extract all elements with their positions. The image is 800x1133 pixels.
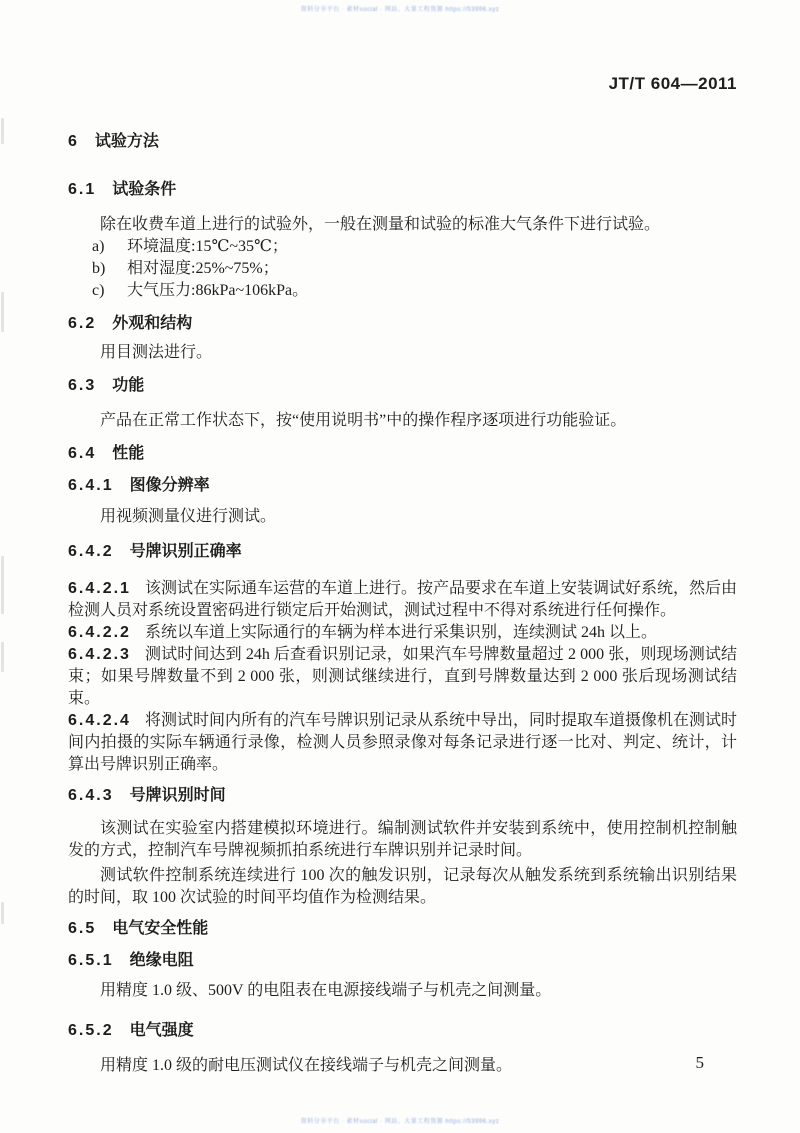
section-title: 图像分辨率 [130, 476, 210, 496]
paragraph-6-4-3-1: 该测试在实验室内搭建模拟环境进行。编制测试软件并安装到系统中，使用控制机控制触发… [68, 818, 737, 862]
clause-number: 6.4.2.3 [68, 646, 131, 663]
paragraph-6-4-3-2: 测试软件控制系统连续进行 100 次的触发识别，记录每次从触发系统到系统输出识别… [68, 865, 737, 909]
section-number: 6.4.2 [68, 542, 114, 562]
list-item-label: b) [92, 258, 114, 280]
page-number: 5 [696, 1053, 705, 1073]
clause-number: 6.4.2.1 [68, 580, 131, 597]
section-number: 6.3 [68, 376, 96, 396]
section-title: 外观和结构 [112, 314, 192, 334]
section-title: 试验方法 [95, 132, 159, 152]
section-title: 号牌识别正确率 [130, 542, 242, 562]
clause-text: 测试时间达到 24h 后查看识别记录，如果汽车号牌数量超过 2 000 张，则现… [68, 646, 737, 707]
section-number: 6.5.2 [68, 1021, 114, 1041]
list-item: a)环境温度:15℃~35℃； [68, 236, 737, 258]
standard-number-header: JT/T 604—2011 [68, 74, 737, 94]
section-heading-6-5-2: 6.5.2 电气强度 [68, 1021, 737, 1041]
clause-number: 6.4.2.2 [68, 624, 131, 641]
section-heading-6-2: 6.2 外观和结构 [68, 314, 737, 334]
clause-6-4-2-1: 6.4.2.1该测试在实际通车运营的车道上进行。按产品要求在车道上安装调试好系统… [68, 578, 737, 622]
list-item-text: 环境温度:15℃~35℃； [127, 238, 288, 255]
list-item-label: a) [92, 236, 114, 258]
section-heading-6-5-1: 6.5.1 绝缘电阻 [68, 951, 737, 971]
clause-text: 该测试在实际通车运营的车道上进行。按产品要求在车道上安装调试好系统，然后由检测人… [68, 580, 737, 619]
paragraph-6-1-intro: 除在收费车道上进行的试验外，一般在测量和试验的标准大气条件下进行试验。 [68, 214, 737, 236]
paragraph-6-2: 用目测法进行。 [68, 342, 737, 364]
section-title: 电气强度 [130, 1021, 194, 1041]
section-heading-6-5: 6.5 电气安全性能 [68, 919, 737, 939]
section-number: 6.4 [68, 444, 96, 464]
section-number: 6.4.1 [68, 476, 114, 496]
section-title: 试验条件 [112, 180, 176, 200]
paragraph-6-3: 产品在正常工作状态下，按“使用说明书”中的操作程序逐项进行功能验证。 [68, 410, 737, 432]
section-number: 6.1 [68, 180, 96, 200]
list-item-text: 相对湿度:25%~75%； [127, 260, 279, 277]
section-title: 电气安全性能 [112, 919, 208, 939]
page-content: JT/T 604—2011 6 试验方法 6.1 试验条件 除在收费车道上进行的… [0, 0, 800, 1077]
paragraph-6-5-2: 用精度 1.0 级的耐电压测试仪在接线端子与机壳之间测量。 [68, 1055, 737, 1077]
section-number: 6.5.1 [68, 951, 114, 971]
clause-text: 系统以车道上实际通行的车辆为样本进行采集识别，连续测试 24h 以上。 [145, 624, 657, 641]
test-conditions-list: a)环境温度:15℃~35℃； b)相对湿度:25%~75%； c)大气压力:8… [68, 236, 737, 302]
clause-number: 6.4.2.4 [68, 712, 131, 729]
section-number: 6.2 [68, 314, 96, 334]
section-title: 绝缘电阻 [130, 951, 194, 971]
list-item-text: 大气压力:86kPa~106kPa。 [127, 282, 308, 299]
paragraph-6-4-1: 用视频测量仪进行测试。 [68, 506, 737, 528]
section-title: 性能 [112, 444, 144, 464]
clause-6-4-2-2: 6.4.2.2系统以车道上实际通行的车辆为样本进行采集识别，连续测试 24h 以… [68, 622, 737, 644]
list-item: c)大气压力:86kPa~106kPa。 [68, 280, 737, 302]
document-page: 资料分享平台 · 素材social · 网站、大量工程资源 https://53… [0, 0, 800, 1133]
list-item: b)相对湿度:25%~75%； [68, 258, 737, 280]
section-heading-6-1: 6.1 试验条件 [68, 180, 737, 200]
section-heading-6-4-1: 6.4.1 图像分辨率 [68, 476, 737, 496]
clauses-6-4-2: 6.4.2.1该测试在实际通车运营的车道上进行。按产品要求在车道上安装调试好系统… [68, 578, 737, 776]
section-number: 6.4.3 [68, 786, 114, 806]
section-heading-6-3: 6.3 功能 [68, 376, 737, 396]
watermark-bottom: 资料分享平台 · 素材social · 网站、大量工程资源 https://53… [0, 1116, 800, 1125]
section-heading-6: 6 试验方法 [68, 132, 737, 152]
section-heading-6-4: 6.4 性能 [68, 444, 737, 464]
section-title: 号牌识别时间 [130, 786, 226, 806]
section-number: 6.5 [68, 919, 96, 939]
section-heading-6-4-3: 6.4.3 号牌识别时间 [68, 786, 737, 806]
section-number: 6 [68, 132, 79, 152]
section-heading-6-4-2: 6.4.2 号牌识别正确率 [68, 542, 737, 562]
clause-6-4-2-3: 6.4.2.3测试时间达到 24h 后查看识别记录，如果汽车号牌数量超过 2 0… [68, 644, 737, 710]
clause-6-4-2-4: 6.4.2.4将测试时间内所有的汽车号牌识别记录从系统中导出，同时提取车道摄像机… [68, 710, 737, 776]
section-title: 功能 [112, 376, 144, 396]
paragraph-6-5-1: 用精度 1.0 级、500V 的电阻表在电源接线端子与机壳之间测量。 [68, 980, 737, 1002]
list-item-label: c) [92, 280, 114, 302]
clause-text: 将测试时间内所有的汽车号牌识别记录从系统中导出，同时提取车道摄像机在测试时间内拍… [68, 712, 737, 773]
